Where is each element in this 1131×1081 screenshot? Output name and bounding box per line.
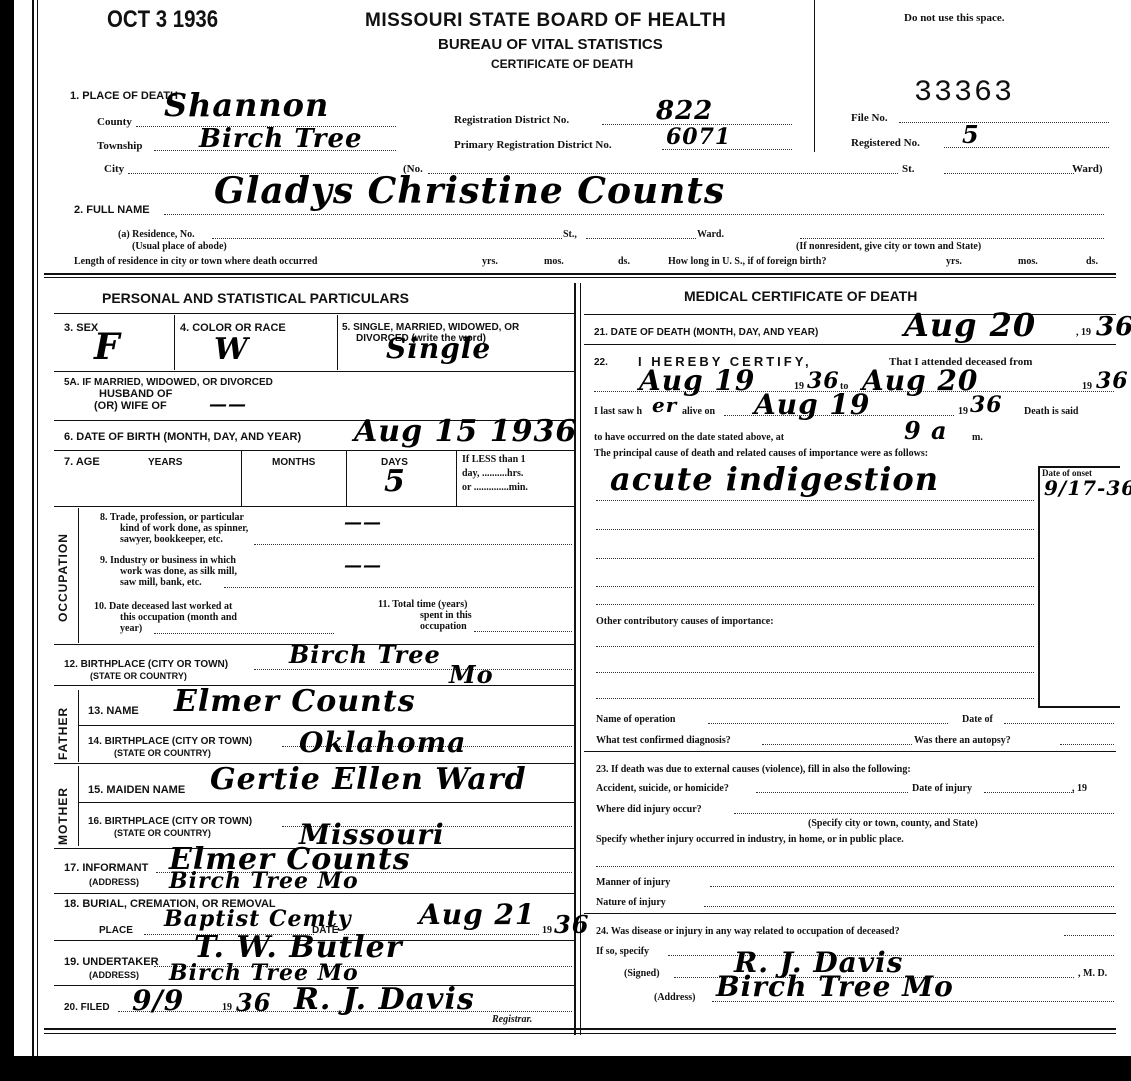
- place-of-death-label: 1. PLACE OF DEATH: [70, 90, 178, 102]
- marital-value: Single: [386, 332, 491, 365]
- full-name-value: Gladys Christine Counts: [214, 170, 725, 212]
- where-injury-label: Where did injury occur?: [596, 804, 702, 815]
- residence-st-label: St.,: [563, 229, 577, 240]
- onset-box: [1038, 466, 1120, 708]
- q11-line2: spent in this: [420, 610, 472, 621]
- sex-value: F: [94, 326, 121, 368]
- undertaker-label: 19. UNDERTAKER: [64, 956, 159, 968]
- mother-maiden-label: 15. MAIDEN NAME: [88, 784, 185, 796]
- dod-value: Aug 20: [904, 306, 1036, 344]
- last-saw-year: 36: [970, 392, 1003, 418]
- city-ward-label: Ward): [1072, 163, 1103, 175]
- mother-birthplace-sub: (STATE OR COUNTRY): [114, 828, 211, 838]
- residence-ds: ds.: [618, 256, 630, 267]
- reserved-note: Do not use this space.: [904, 12, 1005, 24]
- other-causes-label: Other contributory causes of importance:: [596, 616, 774, 627]
- father-birthplace-label: 14. BIRTHPLACE (CITY OR TOWN): [88, 736, 252, 747]
- filed-date: 9/9: [132, 984, 184, 1017]
- if-so-label: If so, specify: [596, 946, 649, 957]
- injury-year-prefix: , 19: [1072, 783, 1087, 794]
- birthplace-label: 12. BIRTHPLACE (CITY OR TOWN): [64, 659, 228, 670]
- attended-to-year-prefix: 19: [1082, 381, 1092, 392]
- mother-maiden-value: Gertie Ellen Ward: [210, 762, 527, 797]
- burial-year-value: 36: [554, 910, 589, 939]
- attended-to-date: Aug 20: [862, 364, 978, 397]
- less-than-day-label: If LESS than 1: [462, 454, 526, 465]
- city-st-label: St.: [902, 163, 915, 175]
- informant-address-label: (ADDRESS): [89, 877, 139, 887]
- us-residence-label: How long in U. S., if of foreign birth?: [668, 256, 826, 267]
- q11-line3: occupation: [420, 621, 467, 632]
- physician-address-label: (Address): [654, 992, 695, 1003]
- township-value: Birch Tree: [199, 124, 363, 154]
- where-injury-note: (Specify city or town, county, and State…: [808, 818, 978, 829]
- residence-yrs: yrs.: [482, 256, 498, 267]
- burial-year-prefix: 19: [542, 925, 552, 936]
- mother-side-label: MOTHER: [56, 787, 70, 845]
- residence-ward-label: Ward.: [697, 229, 724, 240]
- time-of-death: 9 a: [904, 416, 948, 445]
- filed-label: 20. FILED: [64, 1002, 110, 1013]
- q9-line2: work was done, as silk mill,: [120, 566, 237, 577]
- accident-label: Accident, suicide, or homicide?: [596, 783, 729, 794]
- q23-label: 23. If death was due to external causes …: [596, 764, 911, 775]
- filed-year-prefix: 19: [222, 1002, 232, 1013]
- usual-place-note: (Usual place of abode): [132, 241, 227, 252]
- dod-year: 36: [1096, 312, 1131, 342]
- certify-number: 22.: [594, 357, 608, 368]
- burial-date-value: Aug 21: [419, 898, 535, 931]
- onset-value: 9/17-36: [1044, 476, 1131, 500]
- dod-year-prefix: , 19: [1076, 327, 1091, 338]
- nonresident-note: (If nonresident, give city or town and S…: [796, 241, 981, 252]
- city-label: City: [104, 163, 124, 175]
- registration-district-value: 822: [656, 96, 713, 126]
- spouse-label-3: (OR) WIFE OF: [94, 400, 167, 412]
- occupation-side-label: OCCUPATION: [56, 533, 70, 622]
- residence-label: (a) Residence, No.: [118, 229, 195, 240]
- burial-place-label: PLACE: [99, 925, 133, 936]
- age-months-label: MONTHS: [272, 457, 315, 468]
- county-value: Shannon: [164, 86, 329, 124]
- medical-section-title: MEDICAL CERTIFICATE OF DEATH: [684, 288, 917, 304]
- last-saw-year-prefix: 19: [958, 406, 968, 417]
- last-saw-date: Aug 19: [754, 388, 870, 421]
- injury-date-label: Date of injury: [912, 783, 972, 794]
- dob-label: 6. DATE OF BIRTH (MONTH, DAY, AND YEAR): [64, 431, 301, 443]
- received-date-stamp: OCT 3 1936: [107, 6, 218, 34]
- us-yrs: yrs.: [946, 256, 962, 267]
- spouse-label-1: 5A. IF MARRIED, WIDOWED, OR DIVORCED: [64, 377, 273, 388]
- registrar-signature: R. J. Davis: [294, 982, 475, 1017]
- q9-line1: 9. Industry or business in which: [100, 555, 236, 566]
- birthplace-sub: (STATE OR COUNTRY): [90, 671, 187, 681]
- operation-date-label: Date of: [962, 714, 993, 725]
- death-said-label: Death is said: [1024, 406, 1078, 417]
- attended-to-year: 36: [1096, 368, 1129, 394]
- q24-label: 24. Was disease or injury in any way rel…: [596, 926, 900, 937]
- test-label: What test confirmed diagnosis?: [596, 735, 731, 746]
- county-label: County: [97, 116, 132, 128]
- bureau-title: BUREAU OF VITAL STATISTICS: [438, 36, 663, 53]
- last-saw-label: I last saw h: [594, 406, 642, 417]
- q8-line1: 8. Trade, profession, or particular: [100, 512, 244, 523]
- spouse-value: ——: [209, 394, 247, 415]
- industry-value: ——: [344, 555, 382, 576]
- md-label: , M. D.: [1078, 968, 1107, 979]
- registrar-label: Registrar.: [492, 1014, 532, 1025]
- operation-label: Name of operation: [596, 714, 675, 725]
- q8-line2: kind of work done, as spinner,: [120, 523, 248, 534]
- q10-line2: this occupation (month and: [120, 612, 237, 623]
- alive-on-label: alive on: [682, 406, 715, 417]
- father-birthplace-value: Oklahoma: [299, 726, 466, 759]
- cause-value: acute indigestion: [610, 460, 939, 498]
- undertaker-address-label: (ADDRESS): [89, 970, 139, 980]
- q11-line1: 11. Total time (years): [378, 599, 467, 610]
- registered-no-label: Registered No.: [851, 137, 920, 149]
- informant-label: 17. INFORMANT: [64, 862, 148, 874]
- reserved-divider: [814, 0, 815, 152]
- father-name-label: 13. NAME: [88, 705, 139, 717]
- death-certificate: OCT 3 1936 MISSOURI STATE BOARD OF HEALT…: [14, 0, 1131, 1056]
- age-days-value: 5: [384, 464, 406, 499]
- length-of-residence-label: Length of residence in city or town wher…: [74, 256, 317, 267]
- birthplace-city: Birch Tree: [289, 640, 441, 669]
- occupation-value: ——: [344, 512, 382, 533]
- cause-label: The principal cause of death and related…: [594, 448, 928, 459]
- us-mos: mos.: [1018, 256, 1038, 267]
- spouse-label-2: HUSBAND OF: [99, 388, 172, 400]
- informant-address: Birch Tree Mo: [169, 868, 359, 894]
- personal-section-title: PERSONAL AND STATISTICAL PARTICULARS: [102, 290, 409, 306]
- primary-registration-label: Primary Registration District No.: [454, 139, 612, 151]
- us-ds: ds.: [1086, 256, 1098, 267]
- father-name-value: Elmer Counts: [174, 684, 416, 719]
- township-label: Township: [97, 140, 142, 152]
- dob-value: Aug 15 1936: [354, 414, 577, 449]
- less-min-label: or ..............min.: [462, 482, 528, 493]
- physician-address: Birch Tree Mo: [716, 970, 954, 1003]
- manner-label: Manner of injury: [596, 877, 670, 888]
- board-title: MISSOURI STATE BOARD OF HEALTH: [365, 10, 726, 32]
- mother-birthplace-label: 16. BIRTHPLACE (CITY OR TOWN): [88, 816, 252, 827]
- q8-line3: sawyer, bookkeeper, etc.: [120, 534, 223, 545]
- registration-district-label: Registration District No.: [454, 114, 569, 126]
- less-hrs-label: day, ..........hrs.: [462, 468, 523, 479]
- registered-no-value: 5: [962, 120, 980, 149]
- q10-line3: year): [120, 623, 142, 634]
- certificate-title: CERTIFICATE OF DEATH: [491, 57, 633, 71]
- primary-registration-value: 6071: [666, 124, 731, 150]
- age-years-label: YEARS: [148, 457, 182, 468]
- age-label: 7. AGE: [64, 456, 100, 468]
- father-birthplace-sub: (STATE OR COUNTRY): [114, 748, 211, 758]
- time-suffix: m.: [972, 432, 983, 443]
- race-value: W: [214, 332, 249, 367]
- q10-line1: 10. Date deceased last worked at: [94, 601, 232, 612]
- filed-year: 36: [236, 988, 271, 1017]
- file-no-label: File No.: [851, 112, 888, 124]
- signed-label: (Signed): [624, 968, 660, 979]
- father-side-label: FATHER: [56, 707, 70, 760]
- last-saw-pronoun: er: [652, 393, 677, 417]
- file-number: 33363: [914, 76, 1014, 110]
- autopsy-label: Was there an autopsy?: [914, 735, 1011, 746]
- full-name-label: 2. FULL NAME: [74, 204, 150, 216]
- margin-rule-inner: [37, 0, 38, 1056]
- specify-place-label: Specify whether injury occurred in indus…: [596, 834, 904, 845]
- residence-mos: mos.: [544, 256, 564, 267]
- occurred-label: to have occurred on the date stated abov…: [594, 432, 784, 443]
- dod-label: 21. DATE OF DEATH (MONTH, DAY, AND YEAR): [594, 327, 818, 338]
- nature-label: Nature of injury: [596, 897, 666, 908]
- margin-rule: [32, 0, 34, 1056]
- q9-line3: saw mill, bank, etc.: [120, 577, 202, 588]
